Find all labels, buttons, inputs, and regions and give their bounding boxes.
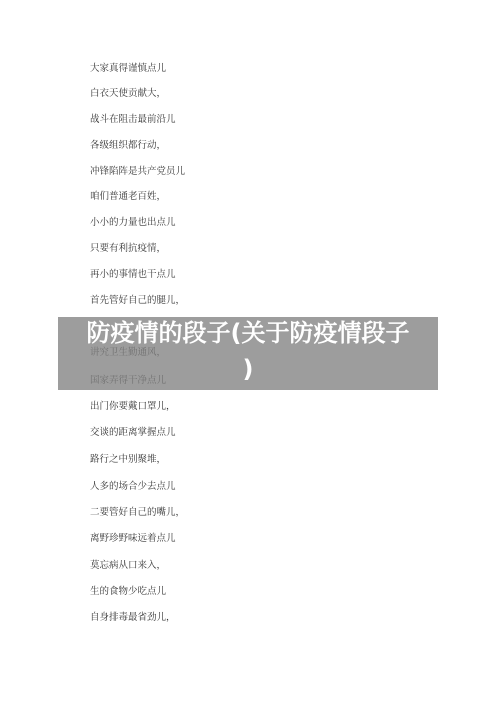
text-line: 自身排毒最省劲儿，	[90, 612, 176, 624]
text-line: 莫忘病从口来入，	[90, 560, 166, 572]
text-line: 首先管好自己的腿儿，	[90, 295, 185, 307]
text-line: 冲锋陷阵是共产党员儿	[90, 166, 185, 178]
text-line: 白衣天使贡献大，	[90, 88, 166, 100]
text-line: 路行之中别聚堆，	[90, 454, 166, 466]
text-line: 人多的场合少去点儿	[90, 481, 176, 493]
page-title: 防疫情的段子(关于防疫情段子 )	[58, 318, 438, 384]
text-line: 再小的事情也干点儿	[90, 269, 176, 281]
text-line: 大家真得谨慎点儿	[90, 63, 166, 75]
text-line: 战斗在阻击最前沿儿	[90, 114, 176, 126]
text-line: 各级组织都行动，	[90, 140, 166, 152]
text-line: 离野珍野味远着点儿	[90, 533, 176, 545]
text-line: 出门你要戴口罩儿，	[90, 401, 176, 413]
text-line: 小小的力量也出点儿	[90, 217, 176, 229]
title-line-2: )	[58, 354, 438, 384]
text-line: 生的食物少吃点儿	[90, 586, 166, 598]
title-line-1: 防疫情的段子(关于防疫情段子	[58, 318, 438, 348]
text-line: 只要有利抗疫情，	[90, 243, 166, 255]
text-line: 交谈的距离掌握点儿	[90, 427, 176, 439]
text-line: 咱们普通老百姓，	[90, 191, 166, 203]
text-line: 二要管好自己的嘴儿，	[90, 507, 185, 519]
